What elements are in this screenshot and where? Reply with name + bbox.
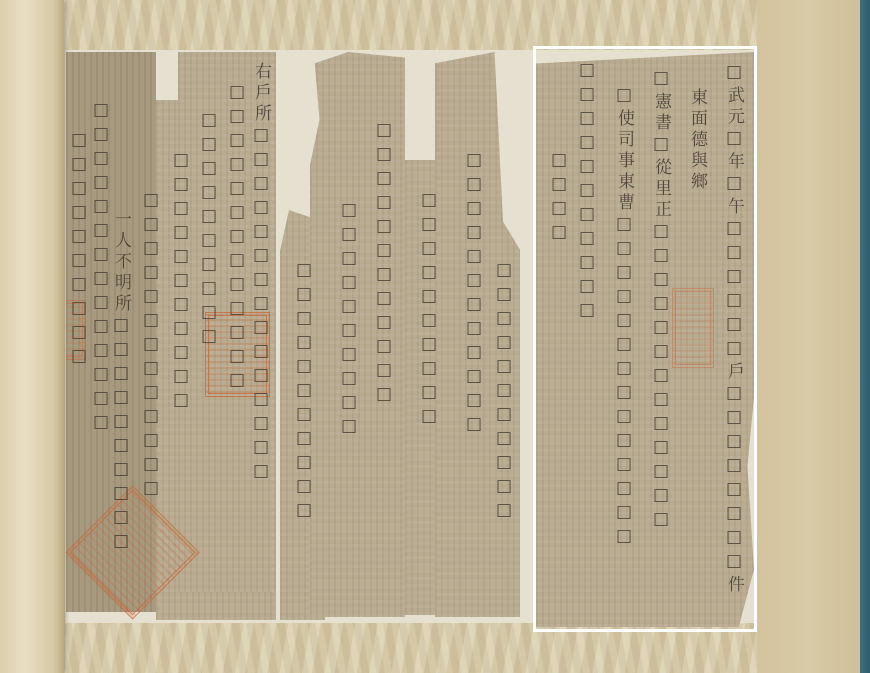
text-column: □□□□□□□□□□□□□□: [92, 100, 109, 436]
text-column: □□□□□□□□□□□□: [375, 120, 392, 408]
text-column: □□□□□□□□□□□: [495, 260, 512, 524]
text-column: □□□□□□□□□□□□□: [228, 82, 245, 394]
scroll-edge-right: [860, 0, 870, 673]
text-column: □□□□□□□□□□: [340, 200, 357, 440]
scroll-roller-left: [0, 0, 64, 673]
silk-mount-top: [65, 0, 860, 50]
scroll-photograph: □武元□年□午□□□□□□戶□□□□□□□□件 東面德與鄉 □憲書□從里正□□□…: [0, 0, 870, 673]
text-column: □□□□□□□□□□: [420, 190, 437, 430]
silk-mount-right: [757, 0, 860, 673]
text-column: □□□□□□□□□□□□: [465, 150, 482, 438]
text-column: □□□□□□□□□□□: [295, 260, 312, 524]
text-column: 右戶所□□□□□□□□□□□□□□□: [252, 62, 269, 485]
text-column: □□□□□□□□□□□: [172, 150, 189, 414]
text-column: □□□□□□□□□□: [200, 110, 217, 350]
highlight-box: [533, 46, 757, 632]
text-column: 一人不明所□□□□□□□□□□: [112, 210, 129, 555]
text-column: □□□□□□□□□□□□□: [142, 190, 159, 502]
text-column: □□□□□□□□□□: [70, 130, 87, 370]
